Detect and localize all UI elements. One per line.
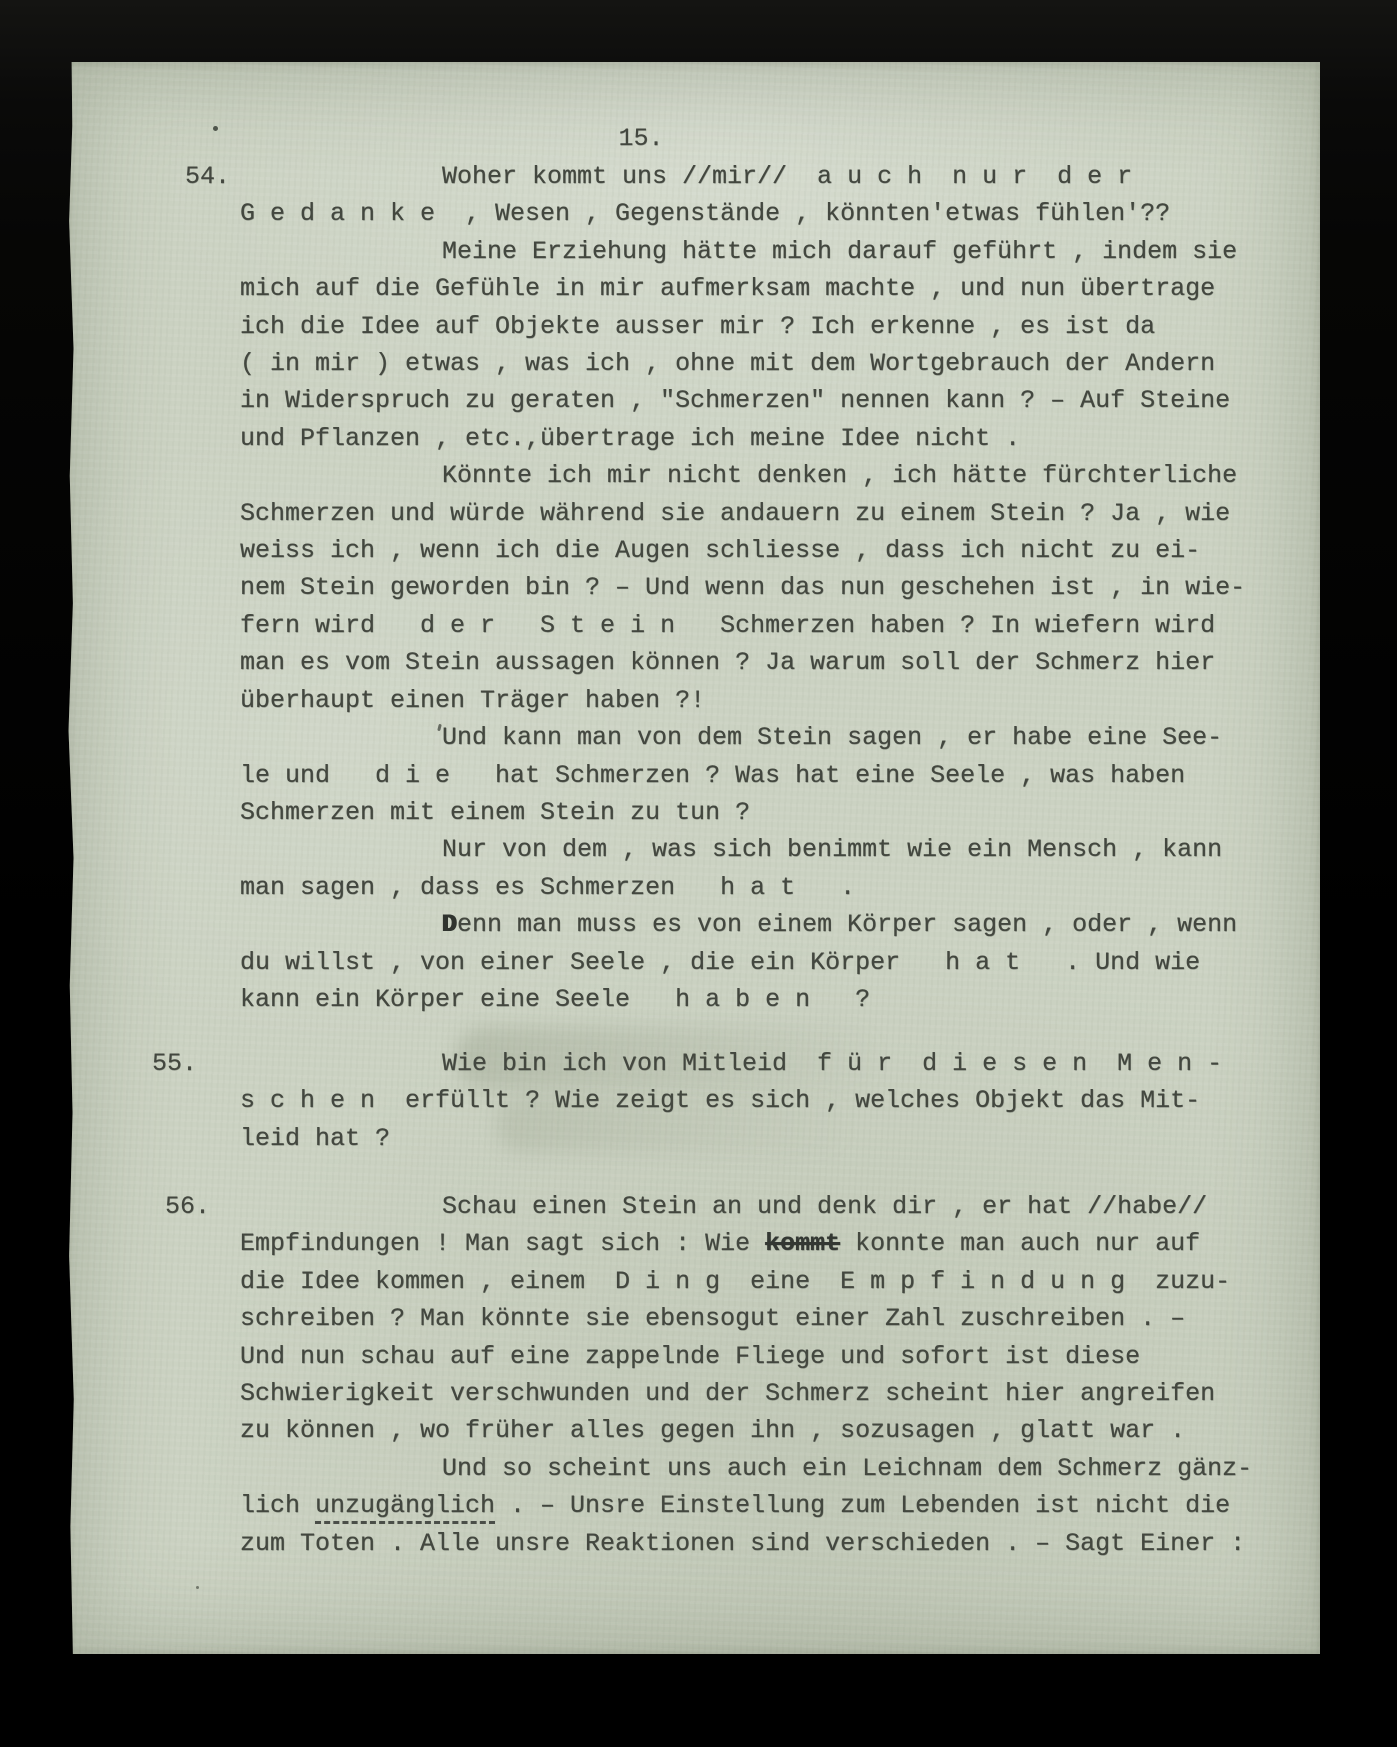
text-segment: in Widerspruch zu geraten , "Schmerzen" …	[240, 386, 1230, 415]
text-segment: Meine Erziehung hätte mich darauf geführ…	[442, 237, 1237, 266]
text-line: Und nun schau auf eine zappelnde Fliege …	[240, 1338, 1300, 1375]
text-line: Schau einen Stein an und denk dir , er h…	[240, 1188, 1300, 1225]
text-segment: man es vom Stein aussagen können ? Ja wa…	[240, 648, 1215, 677]
page-number: 15.	[571, 120, 711, 157]
text-segment: fern wird d e r S t e i n Schmerzen habe…	[240, 611, 1215, 640]
text-segment: zum Toten . Alle unsre Reaktionen sind v…	[240, 1529, 1245, 1558]
text-segment: man sagen , dass es Schmerzen h a t .	[240, 873, 855, 902]
text-line: und Pflanzen , etc.,übertrage ich meine …	[240, 420, 1300, 457]
text-segment: zu können , wo früher alles gegen ihn , …	[240, 1416, 1185, 1445]
text-segment: Schwierigkeit verschwunden und der Schme…	[240, 1379, 1215, 1408]
text-segment: mich auf die Gefühle in mir aufmerksam m…	[240, 274, 1215, 303]
text-line: Könnte ich mir nicht denken , ich hätte …	[240, 457, 1300, 494]
text-segment: Und kann man von dem Stein sagen , er ha…	[442, 723, 1222, 752]
text-line: Schmerzen und würde während sie andauern…	[240, 495, 1300, 532]
text-line: in Widerspruch zu geraten , "Schmerzen" …	[240, 382, 1300, 419]
text-segment: kann ein Körper eine Seele h a b e n ?	[240, 985, 870, 1014]
text-segment: und Pflanzen , etc.,übertrage ich meine …	[240, 424, 1020, 453]
text-line: Schmerzen mit einem Stein zu tun ?	[240, 794, 1300, 831]
text-line: zum Toten . Alle unsre Reaktionen sind v…	[240, 1525, 1300, 1562]
text-segment: Wie bin ich von Mitleid f ü r d i e s e …	[442, 1049, 1222, 1078]
paper-speck	[213, 126, 218, 131]
text-line: Und so scheint uns auch ein Leichnam dem…	[240, 1450, 1300, 1487]
text-segment: weiss ich , wenn ich die Augen schliesse…	[240, 536, 1200, 565]
text-segment: Und so scheint uns auch ein Leichnam dem…	[442, 1454, 1252, 1483]
section-55: 55.Wie bin ich von Mitleid f ü r d i e s…	[66, 1045, 1320, 1157]
text-line: Wie bin ich von Mitleid f ü r d i e s e …	[240, 1045, 1300, 1082]
text-segment: schreiben ? Man könnte sie ebensogut ein…	[240, 1304, 1185, 1333]
text-segment: G e d a n k e , Wesen , Gegenstände , kö…	[240, 199, 1170, 228]
text-line: man sagen , dass es Schmerzen h a t .	[240, 869, 1300, 906]
section-number: 54.	[185, 158, 230, 195]
text-segment: Und nun schau auf eine zappelnde Fliege …	[240, 1342, 1140, 1371]
text-line: man es vom Stein aussagen können ? Ja wa…	[240, 644, 1300, 681]
text-line: ich die Idee auf Objekte ausser mir ? Ic…	[240, 308, 1300, 345]
text-line: Woher kommt uns //mir// a u c h n u r d …	[240, 158, 1300, 195]
text-line: leid hat ?	[240, 1120, 1300, 1157]
text-segment: du willst , von einer Seele , die ein Kö…	[240, 948, 1200, 977]
text-segment: le und d i e hat Schmerzen ? Was hat ein…	[240, 761, 1185, 790]
text-line: Und kann man von dem Stein sagen , er ha…	[240, 719, 1300, 756]
text-line: mich auf die Gefühle in mir aufmerksam m…	[240, 270, 1300, 307]
text-segment: Könnte ich mir nicht denken , ich hätte …	[442, 461, 1237, 490]
section-lines: Woher kommt uns //mir// a u c h n u r d …	[240, 158, 1300, 1018]
section-lines: Schau einen Stein an und denk dir , er h…	[240, 1188, 1300, 1562]
text-line: le und d i e hat Schmerzen ? Was hat ein…	[240, 757, 1300, 794]
text-line: weiss ich , wenn ich die Augen schliesse…	[240, 532, 1300, 569]
paper-speck	[196, 1586, 199, 1589]
text-segment: Schmerzen und würde während sie andauern…	[240, 499, 1230, 528]
text-line: zu können , wo früher alles gegen ihn , …	[240, 1412, 1300, 1449]
text-segment: ( in mir ) etwas , was ich , ohne mit de…	[240, 349, 1215, 378]
section-number: 55.	[152, 1045, 197, 1082]
text-segment: enn man muss es von einem Körper sagen ,…	[457, 910, 1237, 939]
text-line: Nur von dem , was sich benimmt wie ein M…	[240, 831, 1300, 868]
text-segment-strike: kommt	[765, 1229, 840, 1258]
text-line: Empfindungen ! Man sagt sich : Wie kommt…	[240, 1225, 1300, 1262]
text-line: s c h e n erfüllt ? Wie zeigt es sich , …	[240, 1082, 1300, 1119]
text-line: Denn man muss es von einem Körper sagen …	[240, 906, 1300, 943]
text-segment: konnte man auch nur auf	[840, 1229, 1200, 1258]
text-line: G e d a n k e , Wesen , Gegenstände , kö…	[240, 195, 1300, 232]
text-line: überhaupt einen Träger haben ?!	[240, 682, 1300, 719]
text-segment: Nur von dem , was sich benimmt wie ein M…	[442, 835, 1222, 864]
text-line: Meine Erziehung hätte mich darauf geführ…	[240, 233, 1300, 270]
text-segment: die Idee kommen , einem D i n g eine E m…	[240, 1267, 1230, 1296]
section-54: 54.Woher kommt uns //mir// a u c h n u r…	[66, 158, 1320, 1018]
text-line: lich unzugänglich . – Unsre Einstellung …	[240, 1487, 1300, 1524]
text-segment: leid hat ?	[240, 1124, 390, 1153]
section-56: 56.Schau einen Stein an und denk dir , e…	[66, 1188, 1320, 1562]
text-line: Schwierigkeit verschwunden und der Schme…	[240, 1375, 1300, 1412]
text-segment: Schmerzen mit einem Stein zu tun ?	[240, 798, 750, 827]
text-segment: überhaupt einen Träger haben ?!	[240, 686, 705, 715]
text-segment: Schau einen Stein an und denk dir , er h…	[442, 1192, 1207, 1221]
text-line: die Idee kommen , einem D i n g eine E m…	[240, 1263, 1300, 1300]
text-segment-dashed-underline: unzugänglich	[315, 1491, 495, 1524]
typescript-page: 15. 54.Woher kommt uns //mir// a u c h n…	[66, 62, 1320, 1654]
text-line: schreiben ? Man könnte sie ebensogut ein…	[240, 1300, 1300, 1337]
text-segment: Empfindungen ! Man sagt sich : Wie	[240, 1229, 765, 1258]
text-line: du willst , von einer Seele , die ein Kö…	[240, 944, 1300, 981]
text-segment: s c h e n erfüllt ? Wie zeigt es sich , …	[240, 1086, 1200, 1115]
scan-background: 15. 54.Woher kommt uns //mir// a u c h n…	[0, 0, 1397, 1747]
text-segment: . – Unsre Einstellung zum Lebenden ist n…	[495, 1491, 1230, 1520]
text-segment: lich	[240, 1491, 315, 1520]
text-line: kann ein Körper eine Seele h a b e n ?	[240, 981, 1300, 1018]
section-lines: Wie bin ich von Mitleid f ü r d i e s e …	[240, 1045, 1300, 1157]
text-segment: Woher kommt uns //mir// a u c h n u r d …	[442, 162, 1132, 191]
text-line: ( in mir ) etwas , was ich , ohne mit de…	[240, 345, 1300, 382]
section-number: 56.	[165, 1188, 210, 1225]
text-line: fern wird d e r S t e i n Schmerzen habe…	[240, 607, 1300, 644]
text-segment: nem Stein geworden bin ? – Und wenn das …	[240, 573, 1245, 602]
text-segment: ich die Idee auf Objekte ausser mir ? Ic…	[240, 312, 1155, 341]
text-segment-overstrike: D	[442, 910, 457, 939]
text-line: nem Stein geworden bin ? – Und wenn das …	[240, 569, 1300, 606]
